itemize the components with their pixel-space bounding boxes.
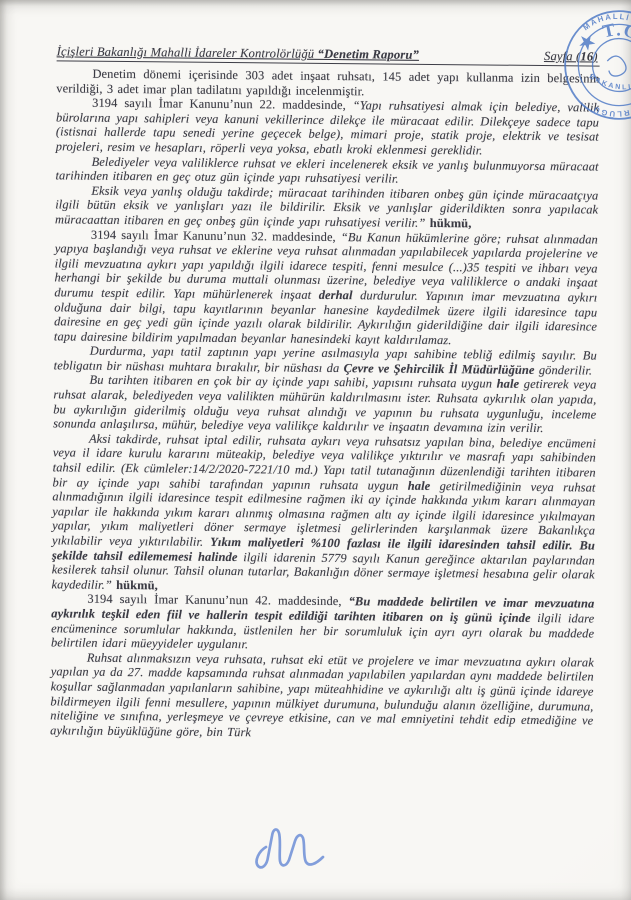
stamp-inner-text: BAKANLIĞI (587, 72, 631, 95)
running-header: İçişleri Bakanlığı Mahalli İdareler Kont… (57, 44, 600, 66)
paragraph: Ruhsat alınmaksızın veya ruhsata, ruhsat… (50, 650, 594, 743)
text-segment: Belediyeler veya valiliklerce ruhsat ve … (55, 154, 598, 186)
text-segment: Ruhsat alınmaksızın veya ruhsata, ruhsat… (50, 650, 594, 739)
text-segment: Çevre ve Şehircilik İl Müdürlüğüne (344, 361, 535, 377)
paragraph: 3194 sayılı İmar Kanunu’nun 42. maddesin… (51, 592, 595, 656)
text-segment: derhal (319, 288, 353, 302)
header-title: İçişleri Bakanlığı Mahalli İdareler Kont… (57, 44, 419, 62)
paragraph: Eksik veya yanlış olduğu takdirde; mürac… (55, 183, 598, 232)
header-report-name: “Denetim Raporu” (317, 47, 419, 62)
text-segment: Denetim dönemi içerisinde 303 adet inşaa… (56, 67, 599, 98)
scanned-report-page: İçişleri Bakanlığı Mahalli İdareler Kont… (0, 0, 631, 900)
header-title-text: İçişleri Bakanlığı Mahalli İdareler Kont… (57, 44, 318, 61)
text-segment: hale (497, 377, 520, 391)
document-body: Denetim dönemi içerisinde 303 adet inşaa… (50, 66, 599, 742)
official-seal-stamp-icon: ★ T.C. ★ MAHALLİ İDARELER KONTROLÖRLÜĞÜ … (556, 2, 631, 128)
text-segment: hükmü, (430, 216, 472, 230)
paragraph: Aksi takdirde, ruhsat iptal edilir, ruhs… (52, 431, 597, 597)
text-segment: hale (408, 478, 431, 492)
stamp-ornament (605, 55, 628, 78)
text-segment: Eksik veya yanlış olduğu takdirde; mürac… (55, 183, 598, 229)
paragraph: 3194 sayılı İmar Kanunu’nun 22. maddesin… (56, 96, 600, 160)
text-segment: 3194 sayılı İmar Kanunu’nun 32. maddesin… (91, 227, 341, 243)
text-segment: gönderilir. (535, 363, 593, 378)
paragraph: Bu tarihten itibaren en çok bir ay içind… (53, 373, 597, 437)
handwritten-initials-signature (246, 814, 342, 884)
text-segment: hükmü, (116, 578, 158, 592)
page-content: İçişleri Bakanlığı Mahalli İdareler Kont… (0, 0, 631, 743)
paragraph: 3194 sayılı İmar Kanunu’nun 32. maddesin… (54, 227, 598, 349)
svg-text:BAKANLIĞI: BAKANLIĞI (587, 72, 631, 95)
